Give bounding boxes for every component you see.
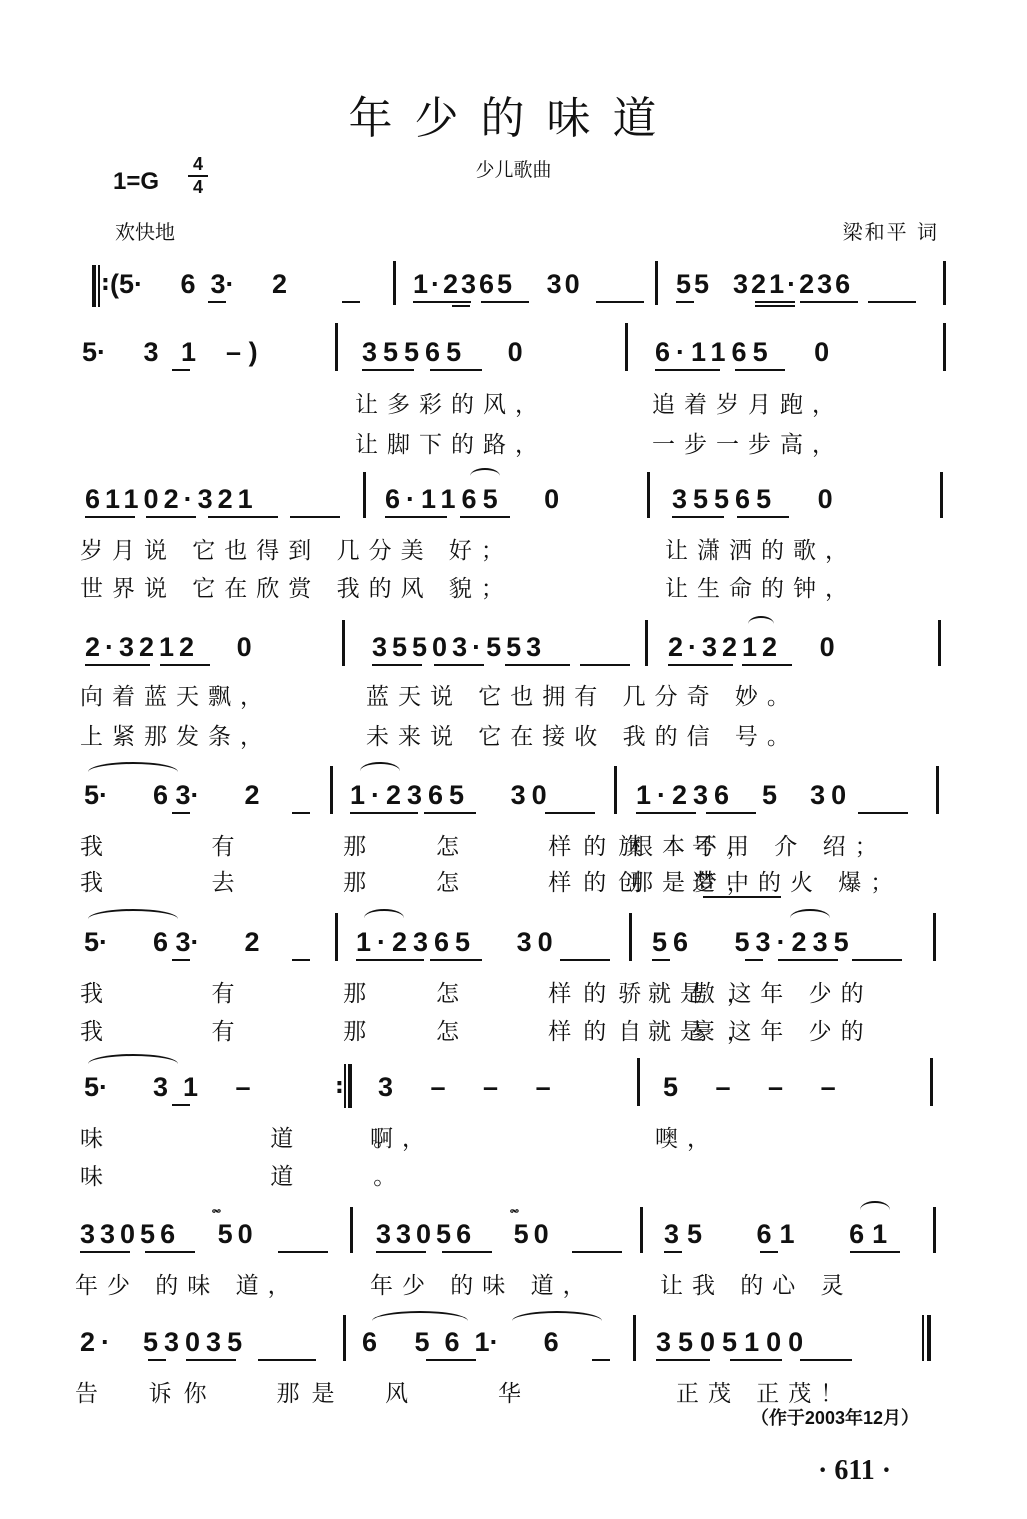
barline (330, 766, 333, 814)
barline (655, 261, 658, 305)
barline (343, 1315, 346, 1361)
lyric-verse-2: 上紧那发条， (80, 718, 272, 751)
tie-arc (88, 909, 178, 929)
barline (614, 766, 617, 814)
tie-arc (860, 1201, 890, 1219)
measure-notes: 35565 0 (672, 484, 839, 515)
tie-arc (88, 1054, 178, 1074)
lyric-verse-1: 就是 这年 少的 (648, 975, 873, 1008)
repeat-start-barline (92, 265, 96, 307)
lyric-verse-2: 一步一步高， (652, 426, 844, 459)
lyric-verse-1: 向着蓝天飘， (80, 678, 272, 711)
repeat-start-barline-thin (98, 265, 100, 307)
measure-notes: 2·3212 0 (85, 632, 257, 663)
barline (640, 1207, 643, 1253)
tie-arc (748, 616, 774, 632)
barline (625, 323, 628, 371)
barline (943, 261, 946, 305)
lyric-underline (703, 896, 781, 898)
lyric-verse-2: 让生命的钟， (665, 570, 857, 603)
repeat-end-barline (348, 1064, 352, 1108)
measure-notes: 2· 53035 (80, 1327, 248, 1358)
lyric-verse-1: 华 (498, 1375, 530, 1408)
time-signature: 4 4 (188, 156, 208, 196)
lyric-verse-1: 告 诉你 那是 风 (75, 1375, 420, 1408)
tie-arc (470, 468, 500, 484)
measure-notes: 3505100 (656, 1327, 810, 1358)
measure-notes: 2·3212 0 (668, 632, 840, 663)
measure-notes: 1·2365 30 (413, 269, 583, 300)
lyric-verse-1: 追着岁月跑， (652, 386, 844, 419)
lyric-verse-1: 岁月说 它也得到 几分美 好； (80, 532, 513, 565)
measure-notes: 6 5 6 1· 6 (362, 1327, 559, 1358)
lyric-verse-1: 根本不用 介 绍； (630, 828, 887, 861)
measure-notes: 3 – – – (378, 1072, 551, 1103)
final-barline-thin (922, 1315, 924, 1361)
measure-notes: 1·2365 30 (350, 780, 553, 811)
barline (943, 323, 946, 371)
tie-arc (88, 762, 178, 782)
lyric-verse-2: 味 道。 (80, 1158, 476, 1191)
barline (933, 1207, 936, 1253)
barline (633, 1315, 636, 1361)
tie-arc (790, 909, 830, 927)
measure-notes: 33056 50 (376, 1219, 554, 1250)
barline (393, 261, 396, 305)
measure-notes: 6·1165 0 (655, 337, 835, 368)
lyric-verse-1: 啊， (370, 1120, 434, 1153)
tempo-marking: 欢快地 (115, 216, 175, 245)
page-number: · 611 · (818, 1455, 891, 1487)
measure-notes: 5 – – – (663, 1072, 836, 1103)
barline (363, 472, 366, 518)
key-signature: 1=G (113, 168, 159, 196)
song-title: 年少的味道 (0, 82, 1027, 146)
measure-notes: 56 53·235 (652, 927, 855, 958)
tie-arc (364, 909, 404, 927)
lyric-verse-2: 未来说 它在接收 我的信 号。 (366, 718, 799, 751)
lyric-verse-1: 让我 的心 灵 (660, 1267, 853, 1300)
lyric-verse-2: 就是 这年 少的 (648, 1013, 873, 1046)
barline (335, 913, 338, 961)
lyricist-credit: 梁和平 词 (843, 216, 939, 245)
measure-notes: (5· 6 3· 2 (110, 269, 287, 300)
barline (930, 1058, 933, 1106)
measure-notes: 6·1165 0 (385, 484, 565, 515)
barline (936, 766, 939, 814)
measure-notes: 1·2365 30 (356, 927, 559, 958)
lyric-verse-1: 让多彩的风， (355, 386, 547, 419)
measure-notes: 1·236 5 30 (636, 780, 852, 811)
measure-notes: 35565 0 (362, 337, 529, 368)
measure-notes: 35 61 61 (664, 1219, 895, 1250)
repeat-dots: : (335, 1074, 344, 1099)
barline (637, 1058, 640, 1106)
barline (342, 620, 345, 666)
barline (629, 913, 632, 961)
barline (938, 620, 941, 666)
mordent-icon: 𝆗 (212, 1199, 221, 1219)
barline (335, 323, 338, 371)
lyric-verse-1: 年少 的味 道， (75, 1267, 300, 1300)
lyric-verse-2: 世界说 它在欣赏 我的风 貌； (80, 570, 513, 603)
measure-notes: 5· 6 3· 2 (84, 780, 260, 811)
composition-date: （作于2003年12月） (751, 1404, 919, 1430)
repeat-dots: : (101, 271, 110, 296)
measure-notes: 5· 3 1 – (84, 1072, 251, 1103)
lyric-verse-1: 蓝天说 它也拥有 几分奇 妙。 (366, 678, 799, 711)
lyric-verse-2: 让脚下的路， (355, 426, 547, 459)
lyric-verse-1: 噢， (655, 1120, 719, 1153)
barline (647, 472, 650, 518)
barline (933, 913, 936, 961)
final-barline (927, 1315, 931, 1361)
repeat-end-barline-thin (344, 1064, 346, 1108)
lyric-verse-2: 那是梦中的火 爆； (630, 864, 902, 897)
barline (350, 1207, 353, 1253)
measure-notes: 55 321·236 (676, 269, 853, 300)
lyric-verse-1: 让潇洒的歌， (665, 532, 857, 565)
tie-arc (360, 762, 400, 780)
barline (940, 472, 943, 518)
measure-notes: 5· 6 3· 2 (84, 927, 260, 958)
mordent-icon: 𝆗 (510, 1199, 519, 1219)
measure-notes: 33056 50 (80, 1219, 258, 1250)
lyric-verse-1: 年少 的味 道， (370, 1267, 595, 1300)
barline (645, 620, 648, 666)
measure-notes: 61102·321 (85, 484, 258, 515)
measure-notes: 5· 3 1 – ) (82, 337, 258, 368)
measure-notes: 35503·553 (372, 632, 546, 663)
